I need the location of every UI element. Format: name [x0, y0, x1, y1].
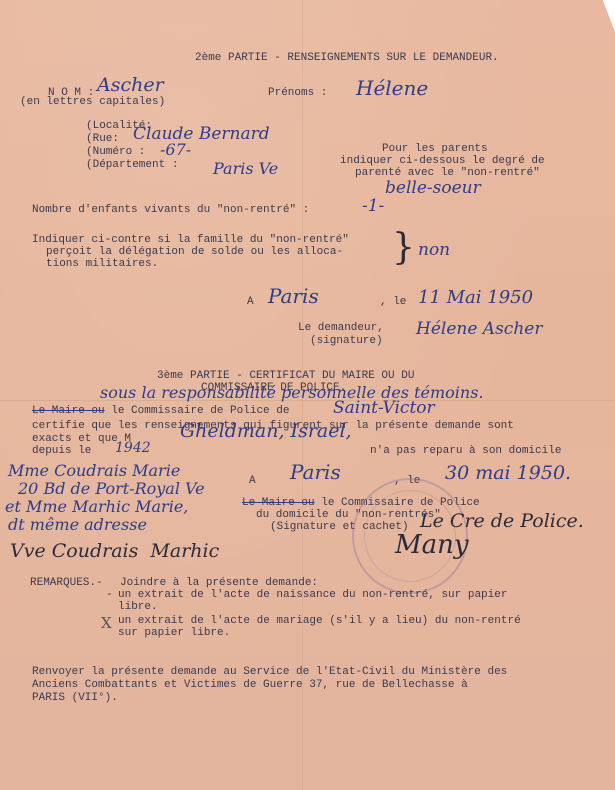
rue-label: (Rue:	[86, 133, 119, 146]
remarque-1-line1: un extrait de l'acte de naissance du non…	[118, 589, 507, 602]
delegation-value: non	[418, 240, 450, 260]
enfants-label: Nombre d'enfants vivants du "non-rentré"…	[32, 204, 309, 217]
date-value-3: 30 mai 1950.	[445, 462, 571, 484]
prenoms-value: Hélene	[356, 76, 428, 100]
nom-sublabel: (en lettres capitales)	[20, 96, 165, 109]
renvoi-line2: Anciens Combattants et Victimes de Guerr…	[32, 679, 468, 692]
line1: Le Maire ou le Commissaire de Police de	[32, 405, 289, 418]
line3-suffix: n'a pas reparu à son domicile	[370, 445, 561, 458]
document-page: 2ème PARTIE - RENSEIGNEMENTS SUR LE DEMA…	[0, 0, 615, 790]
delegation-label-line3: tions militaires.	[46, 258, 158, 271]
place-prefix-3: A	[249, 475, 256, 488]
brace: }	[392, 228, 415, 268]
witness-line2: 20 Bd de Port-Royal Ve	[18, 479, 205, 498]
departement-value: Paris Ve	[213, 159, 278, 178]
prenoms-label: Prénoms :	[268, 87, 327, 100]
date-value: 11 Mai 1950	[418, 287, 533, 308]
place-value-3: Paris	[290, 460, 341, 484]
demandeur-signature: Hélene Ascher	[416, 319, 542, 339]
rue-value: Claude Bernard	[133, 124, 270, 144]
place-value: Paris	[268, 284, 319, 308]
remarque-2-bullet: X	[101, 614, 112, 632]
commissariat-value: Saint-Victor	[333, 398, 435, 418]
commissaire-name: Many	[395, 530, 469, 560]
person-value: Gheldman, Israel,	[180, 420, 352, 442]
renvoi-line3: PARIS (VII°).	[32, 692, 118, 705]
departement-label: (Département :	[86, 159, 178, 172]
place-prefix: A	[247, 296, 254, 309]
enfants-value: -1-	[362, 196, 384, 216]
numero-label: (Numéro :	[86, 146, 145, 159]
parente-value: belle-soeur	[385, 178, 481, 198]
numero-value: -67-	[160, 140, 191, 159]
witness-signatures: Vve Coudrais Marhic	[10, 540, 219, 562]
part2-title: 2ème PARTIE - RENSEIGNEMENTS SUR LE DEMA…	[195, 52, 499, 65]
depuis-value: 1942	[115, 440, 151, 456]
signature-label: (signature)	[310, 335, 383, 348]
date-prefix: , le	[380, 296, 406, 309]
witness-line1: Mme Coudrais Marie	[8, 461, 180, 480]
nom-value: Ascher	[97, 74, 164, 96]
line1-struck: Le Maire ou	[32, 405, 105, 417]
remarque-2-line2: sur papier libre.	[118, 627, 230, 640]
sig-line1-struck: Le Maire ou	[242, 497, 315, 509]
witness-line4: dt même adresse	[8, 515, 147, 534]
line4-prefix: depuis le	[32, 445, 91, 458]
remarque-1-bullet: -	[106, 589, 113, 602]
remarques-label: REMARQUES.-	[30, 577, 103, 590]
line1-text: le Commissaire de Police de	[111, 405, 289, 417]
renvoi-line1: Renvoyer la présente demande au Service …	[32, 666, 507, 679]
demandeur-label: Le demandeur,	[298, 322, 384, 335]
remarque-1-line2: libre.	[118, 601, 158, 614]
commissaire-signature: Le Cre de Police.	[420, 510, 584, 532]
witness-line3: et Mme Marhic Marie,	[5, 497, 188, 516]
